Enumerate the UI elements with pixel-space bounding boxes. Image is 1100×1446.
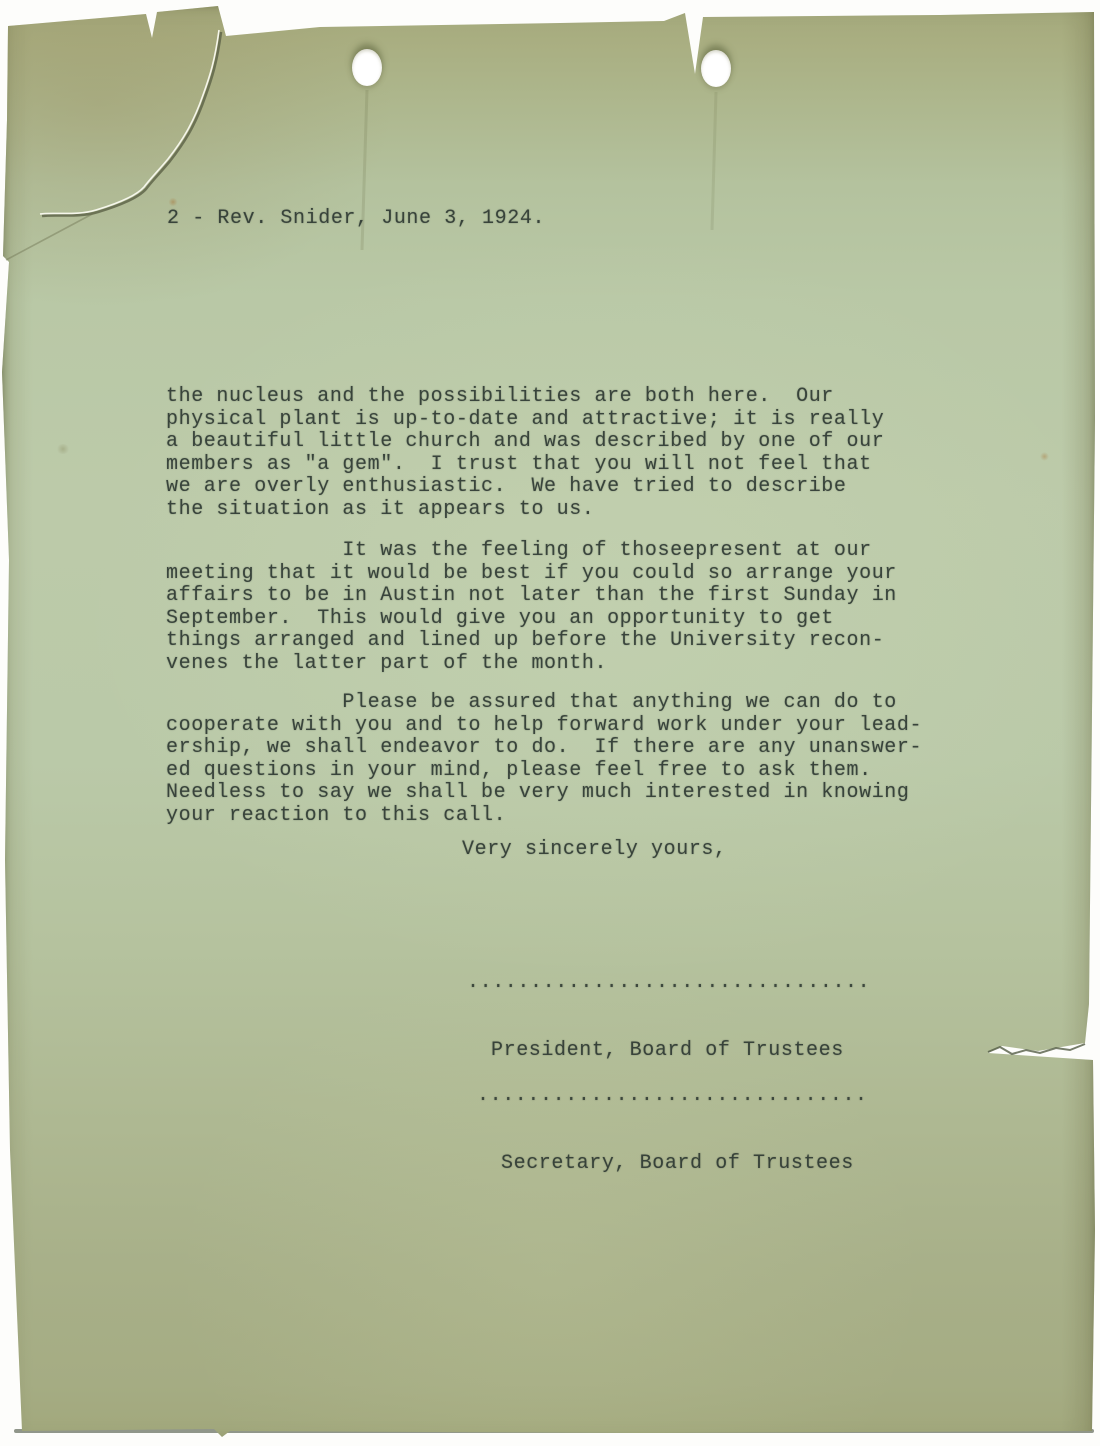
page-header: 2 - Rev. Snider, June 3, 1924.: [167, 208, 545, 231]
punch-hole-left: [352, 49, 382, 86]
signature-dotted-line: ................................: [467, 972, 870, 995]
closing-salutation: Very sincerely yours,: [462, 839, 727, 862]
letter-paragraph-1: the nucleus and the possibilities are bo…: [166, 386, 884, 522]
letter-paragraph-2: It was the feeling of thoseepresent at o…: [166, 540, 897, 676]
signature-block-secretary: ............................... Secretar…: [477, 1040, 868, 1221]
signature-title: Secretary, Board of Trustees: [477, 1153, 868, 1176]
punch-hole-right: [701, 50, 731, 87]
letter-paragraph-3: Please be assured that anything we can d…: [166, 692, 922, 828]
scanned-letter-page: 2 - Rev. Snider, June 3, 1924. the nucle…: [0, 0, 1100, 1446]
signature-dotted-line: ...............................: [477, 1085, 868, 1108]
